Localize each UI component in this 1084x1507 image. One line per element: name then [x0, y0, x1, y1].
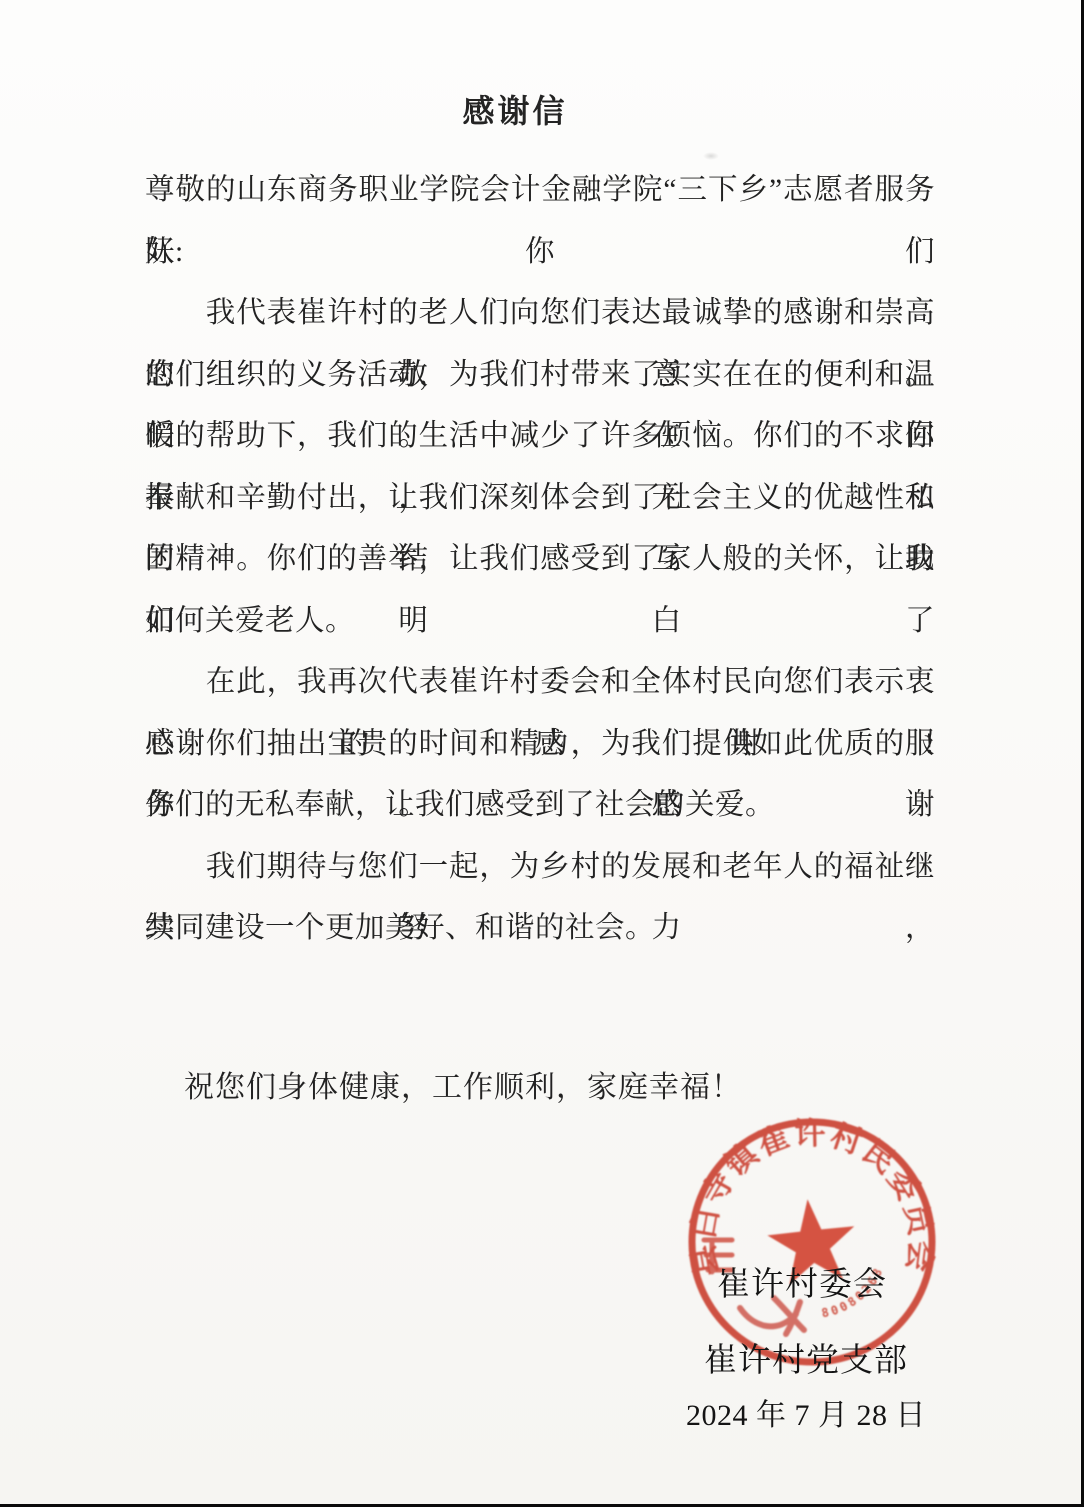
body-line: 感谢你们抽出宝贵的时间和精力，为我们提供如此优质的服务。感谢: [145, 714, 935, 776]
letter-body: 尊敬的山东商务职业学院会计金融学院“三下乡”志愿者服务队你们 好: 我代表崔许村…: [145, 160, 935, 960]
body-line: 您们组织的义务活动，为我们村带来了实实在在的便利和温暖。在你: [145, 345, 935, 407]
body-line: 们的帮助下，我们的生活中减少了许多烦恼。你们的不求回报，无私: [145, 406, 935, 468]
scanned-letter-page: 感谢信 尊敬的山东商务职业学院会计金融学院“三下乡”志愿者服务队你们 好: 我代…: [0, 0, 1084, 1507]
body-line: 奉献和辛勤付出，让我们深刻体会到了社会主义的优越性和团结互助: [145, 468, 935, 530]
scan-speck: [703, 152, 719, 160]
official-seal: 县白寺镇崔许村民委员会 80080268: [682, 1112, 942, 1372]
letter-title: 感谢信: [0, 86, 1030, 132]
signature-party-branch: 崔许村党支部: [704, 1334, 908, 1381]
body-line: 我们期待与您们一起，为乡村的发展和老年人的福祉继续努力，: [145, 837, 935, 899]
body-line: 我代表崔许村的老人们向您们表达最诚挚的感谢和崇高的敬意。: [145, 283, 935, 345]
signature-date: 2024 年 7 月 28 日: [686, 1390, 926, 1434]
body-line: 的精神。你们的善举，让我们感受到了家人般的关怀，让我们明白了: [145, 529, 935, 591]
body-line: 尊敬的山东商务职业学院会计金融学院“三下乡”志愿者服务队你们: [145, 160, 935, 222]
body-line: 在此，我再次代表崔许村委会和全体村民向您们表示衷心的感谢!: [145, 652, 935, 714]
signature-committee: 崔许村委会: [717, 1258, 887, 1305]
blessing-line: 祝您们身体健康，工作顺利，家庭幸福！: [184, 1062, 742, 1106]
